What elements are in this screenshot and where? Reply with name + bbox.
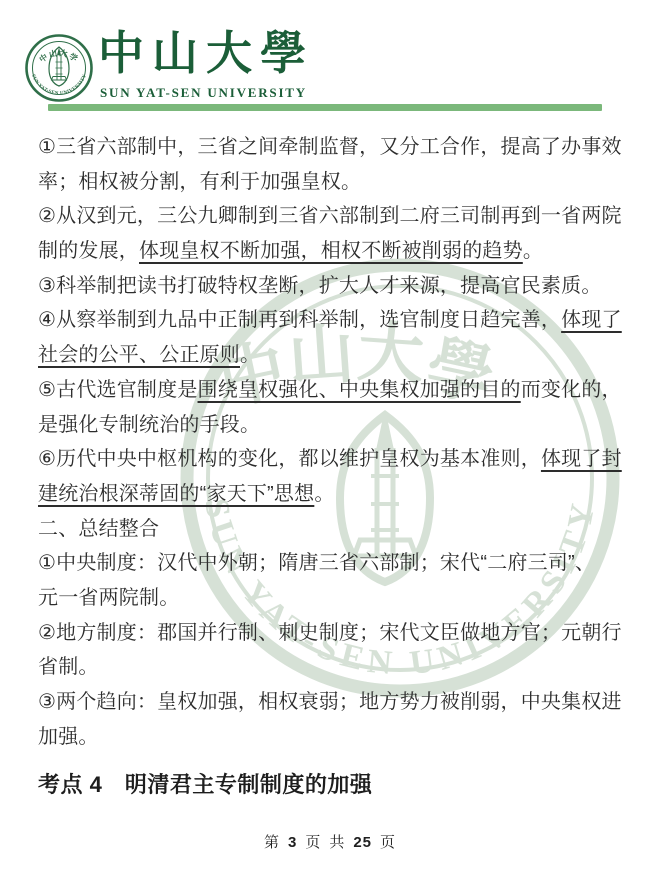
text-segment: ②从汉到元，三公九卿制到三省六部制到二府三司制再到一省两院 (38, 205, 622, 227)
text-segment: ①中央制度：汉代中外朝；隋唐三省六部制；宋代“二府三司”、 (38, 552, 595, 574)
text-line: ⑥历代中央中枢机构的变化，都以维护皇权为基本准则，体现了封 (38, 442, 638, 477)
body-text: ①三省六部制中，三省之间牵制监督，又分工合作，提高了办事效率；相权被分割，有利于… (38, 130, 638, 754)
text-line: 建统治根深蒂固的“家天下”思想。 (38, 477, 638, 512)
text-line: 省制。 (38, 650, 638, 685)
text-segment: 。 (314, 483, 334, 505)
text-line: ②从汉到元，三公九卿制到三省六部制到二府三司制再到一省两院 (38, 199, 638, 234)
text-segment: ⑤古代选官制度是 (38, 379, 198, 401)
page-number-label: 共 (329, 835, 345, 851)
text-line: ③科举制把读书打破特权垄断，扩大人才来源，提高官民素质。 (38, 269, 638, 304)
page-number-label: 第 (264, 835, 280, 851)
text-line: ③两个趋向：皇权加强，相权衰弱；地方势力被削弱，中央集权进 (38, 685, 638, 720)
university-name-cn: 中山大學 (98, 28, 314, 81)
text-line: 加强。 (38, 720, 638, 755)
text-segment: ③科举制把读书打破特权垄断，扩大人才来源，提高官民素质。 (38, 275, 602, 297)
text-line: 社会的公平、公正原则。 (38, 338, 638, 373)
underlined-text: 体现了 (561, 309, 622, 331)
text-segment: ②地方制度：郡国并行制、刺史制度；宋代文臣做地方官；元朝行 (38, 622, 622, 644)
text-line: ④从察举制到九品中正制再到科举制，选官制度日趋完善，体现了 (38, 303, 638, 338)
text-segment: 率；相权被分割，有利于加强皇权。 (38, 171, 361, 193)
text-line: 元一省两院制。 (38, 581, 638, 616)
text-line: ①三省六部制中，三省之间牵制监督，又分工合作，提高了办事效 (38, 130, 638, 165)
page-number: 第3页共25页 (0, 831, 660, 852)
text-line: ⑤古代选官制度是围绕皇权强化、中央集权加强的目的而变化的， (38, 373, 638, 408)
text-segment: 而变化的， (521, 379, 622, 401)
text-line: 率；相权被分割，有利于加强皇权。 (38, 165, 638, 200)
underlined-text: 社会的公平、公正原则 (38, 344, 240, 366)
text-line: ①中央制度：汉代中外朝；隋唐三省六部制；宋代“二府三司”、 (38, 546, 638, 581)
text-line: 是强化专制统治的手段。 (38, 408, 638, 443)
document-page: SUN YAT-SEN UNIVERSITY 中 山 大 學 中山大学 (0, 0, 660, 880)
text-segment: 是强化专制统治的手段。 (38, 414, 260, 436)
text-segment: 加强。 (38, 726, 99, 748)
page-number-label: 页 (305, 835, 321, 851)
header: 中山大学 SUN YAT-SEN UNIVERSITY 中山大學 SUN YAT… (0, 0, 660, 120)
text-segment: ①三省六部制中，三省之间牵制监督，又分工合作，提高了办事效 (38, 136, 622, 158)
text-segment: ③两个趋向：皇权加强，相权衰弱；地方势力被削弱，中央集权进 (38, 691, 622, 713)
text-line: 制的发展，体现皇权不断加强，相权不断被削弱的趋势。 (38, 234, 638, 269)
text-line: ②地方制度：郡国并行制、刺史制度；宋代文臣做地方官；元朝行 (38, 616, 638, 651)
text-segment: ④从察举制到九品中正制再到科举制，选官制度日趋完善， (38, 309, 561, 331)
text-segment: 。 (240, 344, 260, 366)
text-segment: 。 (523, 240, 543, 262)
current-page-number: 3 (288, 834, 297, 851)
underlined-text: 建统治根深蒂固的“家天下”思想 (38, 483, 314, 505)
underlined-text: 体现皇权不断加强，相权不断被削弱的趋势 (139, 240, 523, 262)
text-segment: 二、总结整合 (38, 518, 159, 540)
header-divider-bar (48, 104, 602, 111)
total-page-number: 25 (353, 834, 372, 851)
text-segment: 制的发展， (38, 240, 139, 262)
underlined-text: 围绕皇权强化、中央集权加强的目的 (198, 379, 521, 401)
text-segment: 元一省两院制。 (38, 587, 179, 609)
text-segment: 省制。 (38, 656, 99, 678)
university-seal-icon: 中山大学 SUN YAT-SEN UNIVERSITY (24, 33, 94, 103)
text-line: 二、总结整合 (38, 512, 638, 547)
section-heading: 考点 4 明清君主专制制度的加强 (38, 768, 372, 799)
university-name-en: SUN YAT-SEN UNIVERSITY (100, 85, 307, 101)
underlined-text: 体现了封 (541, 448, 622, 470)
text-segment: ⑥历代中央中枢机构的变化，都以维护皇权为基本准则， (38, 448, 541, 470)
page-number-label: 页 (380, 835, 396, 851)
